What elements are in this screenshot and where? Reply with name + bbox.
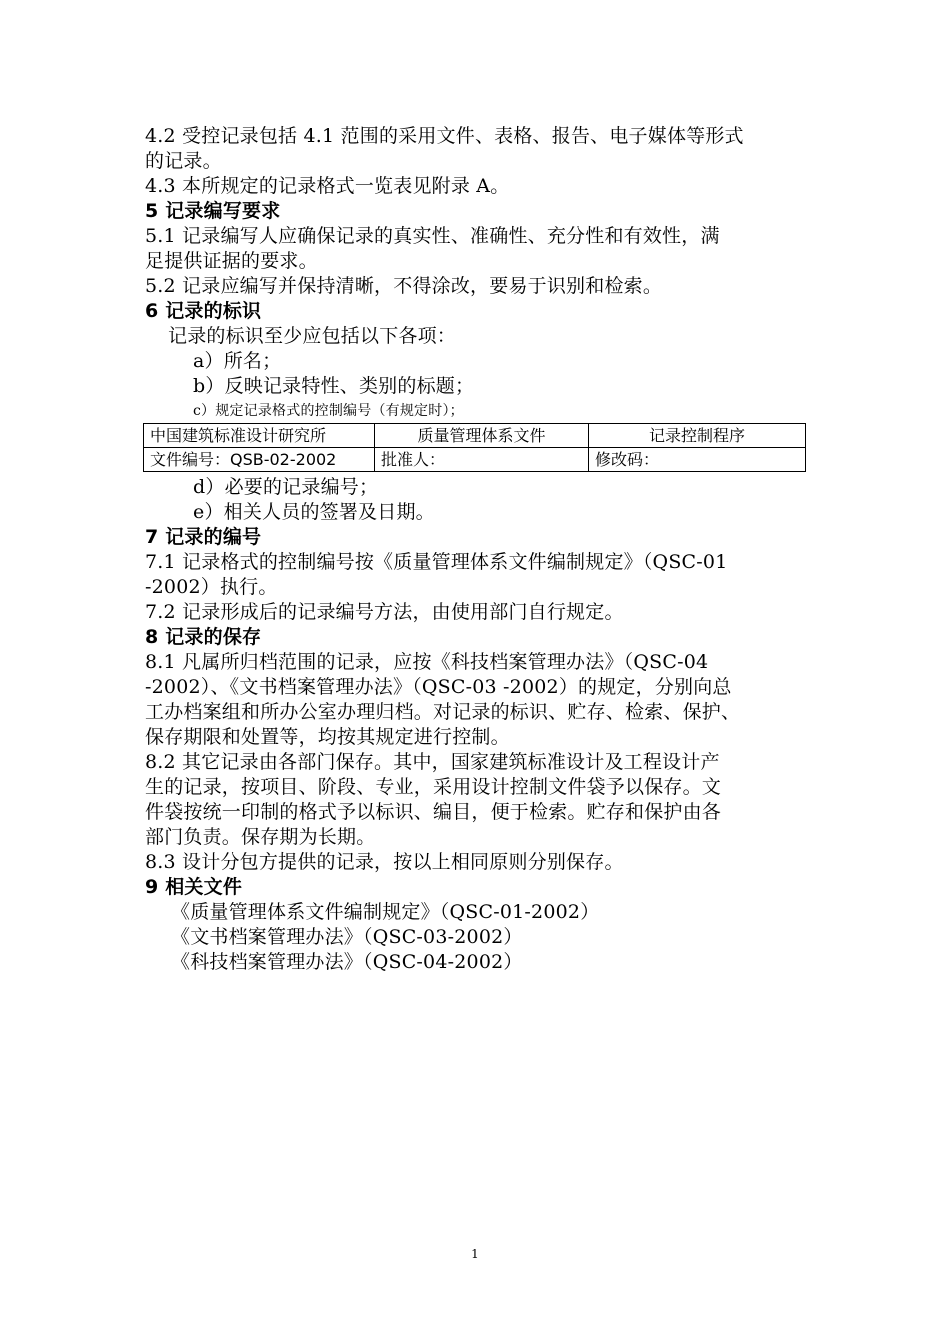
doc-number-cell: 文件编号：QSB-02-2002 bbox=[144, 448, 375, 472]
para-8-1-line4: 保存期限和处置等，均按其规定进行控制。 bbox=[145, 725, 510, 749]
heading-7: 7 记录的编号 bbox=[145, 525, 261, 549]
para-5-2: 5.2 记录应编写并保持清晰，不得涂改，要易于识别和检索。 bbox=[145, 274, 662, 298]
para-8-2-line3: 件袋按统一印制的格式予以标识、编目，便于检索。贮存和保护由各 bbox=[145, 800, 721, 824]
heading-5: 5 记录编写要求 bbox=[145, 199, 280, 223]
revision-code-cell: 修改码： bbox=[589, 448, 806, 472]
list-item-c: c）规定记录格式的控制编号（有规定时）； bbox=[193, 399, 464, 423]
doc-title-cell: 记录控制程序 bbox=[589, 424, 806, 448]
list-item-e: e）相关人员的签署及日期。 bbox=[193, 500, 435, 524]
para-8-1-line1: 8.1 凡属所归档范围的记录，应按《科技档案管理办法》（QSC-04 bbox=[145, 650, 708, 674]
para-7-1-line2: -2002）执行。 bbox=[145, 575, 278, 599]
list-item-a: a）所名； bbox=[193, 349, 281, 373]
document-page: 4.2 受控记录包括 4.1 范围的采用文件、表格、报告、电子媒体等形式 的记录… bbox=[0, 0, 950, 1344]
reference-item: 《质量管理体系文件编制规定》（QSC-01-2002） bbox=[171, 900, 599, 924]
approver-cell: 批准人： bbox=[375, 448, 589, 472]
para-7-1-line1: 7.1 记录格式的控制编号按《质量管理体系文件编制规定》（QSC-01 bbox=[145, 550, 727, 574]
para-8-2-line4: 部门负责。保存期为长期。 bbox=[145, 825, 375, 849]
list-item-d: d）必要的记录编号； bbox=[193, 475, 378, 499]
heading-6: 6 记录的标识 bbox=[145, 299, 261, 323]
para-5-1-line1: 5.1 记录编写人应确保记录的真实性、准确性、充分性和有效性，满 bbox=[145, 224, 720, 248]
para-4-3: 4.3 本所规定的记录格式一览表见附录 A。 bbox=[145, 174, 509, 198]
doc-type-cell: 质量管理体系文件 bbox=[375, 424, 589, 448]
list-item-b: b）反映记录特性、类别的标题； bbox=[193, 374, 474, 398]
table-row: 文件编号：QSB-02-2002 批准人： 修改码： bbox=[144, 448, 806, 472]
reference-item: 《科技档案管理办法》（QSC-04-2002） bbox=[171, 950, 523, 974]
para-8-1-line3: 工办档案组和所办公室办理归档。对记录的标识、贮存、检索、保护、 bbox=[145, 700, 740, 724]
heading-8: 8 记录的保存 bbox=[145, 625, 261, 649]
para-8-2-line2: 生的记录，按项目、阶段、专业，采用设计控制文件袋予以保存。文 bbox=[145, 775, 721, 799]
para-5-1-line2: 足提供证据的要求。 bbox=[145, 249, 318, 273]
table-row: 中国建筑标准设计研究所 质量管理体系文件 记录控制程序 bbox=[144, 424, 806, 448]
document-header-table: 中国建筑标准设计研究所 质量管理体系文件 记录控制程序 文件编号：QSB-02-… bbox=[143, 423, 806, 472]
reference-item: 《文书档案管理办法》（QSC-03-2002） bbox=[171, 925, 523, 949]
para-7-2: 7.2 记录形成后的记录编号方法，由使用部门自行规定。 bbox=[145, 600, 624, 624]
para-4-2-line1: 4.2 受控记录包括 4.1 范围的采用文件、表格、报告、电子媒体等形式 bbox=[145, 124, 744, 148]
para-8-2-line1: 8.2 其它记录由各部门保存。其中，国家建筑标准设计及工程设计产 bbox=[145, 750, 720, 774]
para-4-2-line2: 的记录。 bbox=[145, 149, 222, 173]
para-8-3: 8.3 设计分包方提供的记录，按以上相同原则分别保存。 bbox=[145, 850, 624, 874]
para-6-intro: 记录的标识至少应包括以下各项： bbox=[168, 324, 456, 348]
page-number: 1 bbox=[0, 1247, 950, 1261]
institute-name-cell: 中国建筑标准设计研究所 bbox=[144, 424, 375, 448]
para-8-1-line2: -2002）、《文书档案管理办法》（QSC-03 -2002）的规定，分别向总 bbox=[145, 675, 732, 699]
heading-9: 9 相关文件 bbox=[145, 875, 242, 899]
